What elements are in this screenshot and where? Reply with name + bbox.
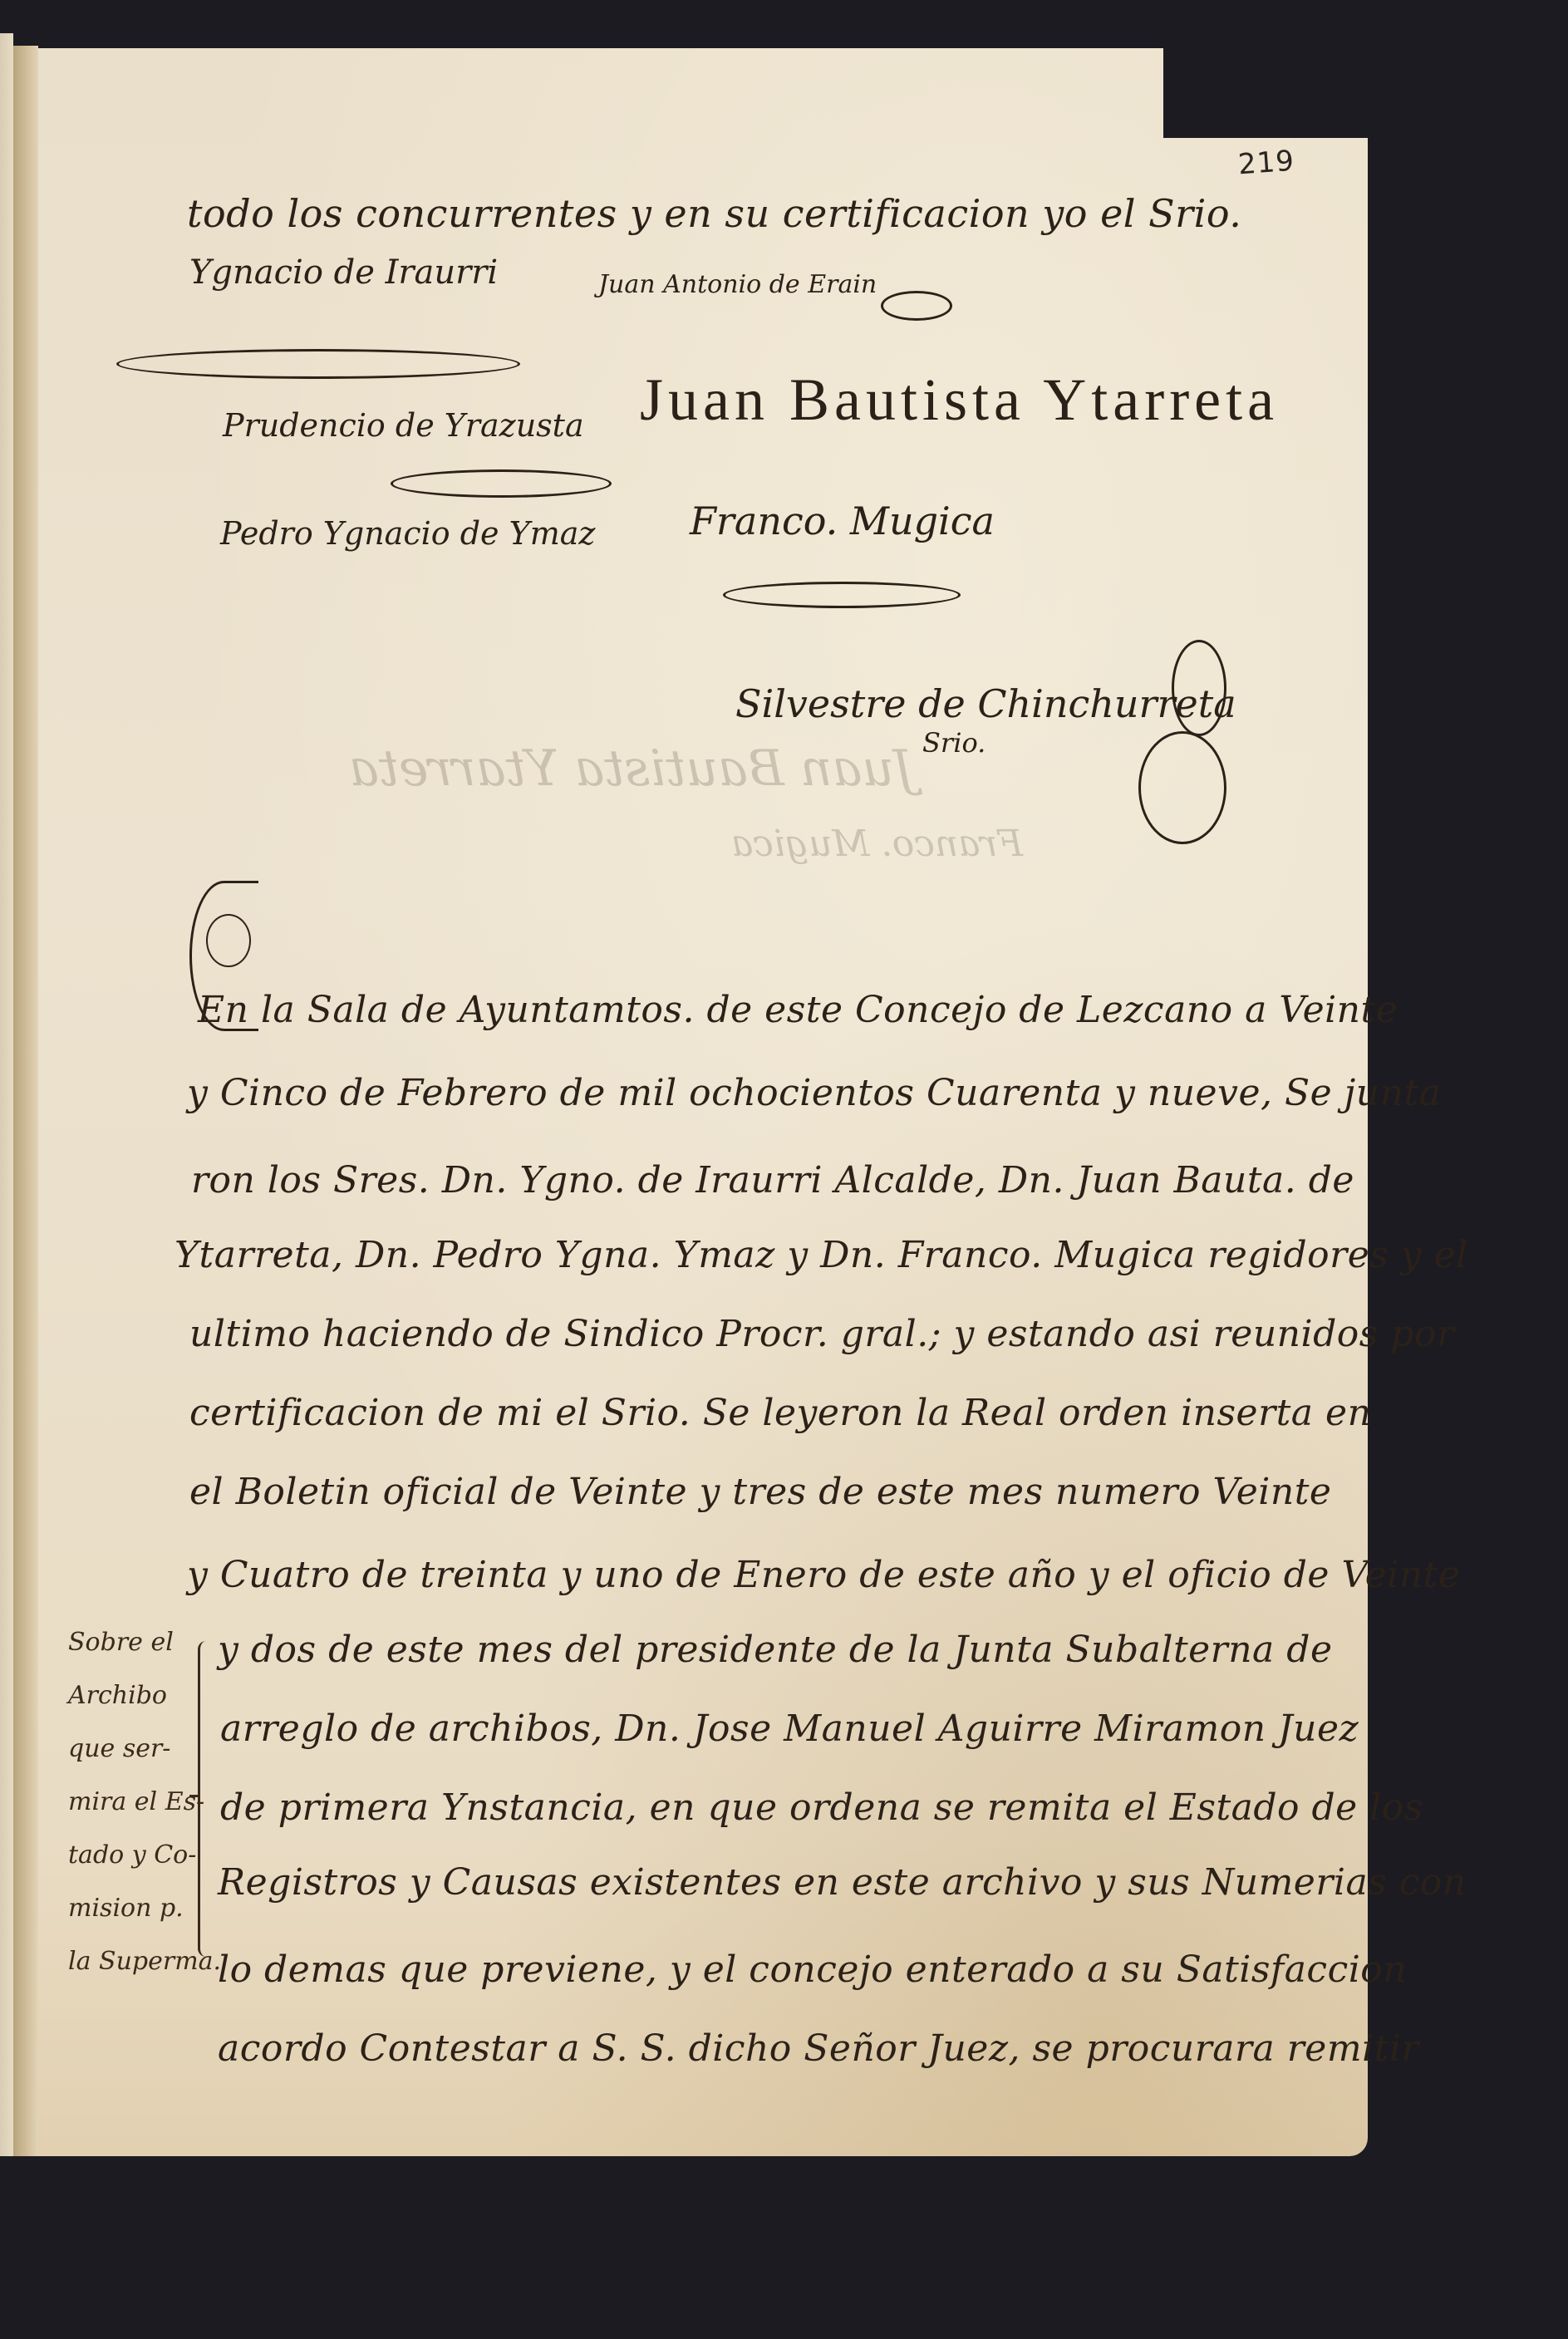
margin-note-line: la Superma.	[68, 1935, 193, 1988]
opening-line: todo los concurrentes y en su certificac…	[187, 191, 1241, 236]
body-line: ron los Sres. Dn. Ygno. de Iraurri Alcal…	[191, 1159, 1354, 1201]
signature-yrazusta: Prudencio de Yrazusta	[223, 407, 584, 444]
bleed-through-text: Franco. Mugica	[731, 823, 1023, 865]
margin-note-line: Sobre el	[68, 1616, 193, 1669]
margin-note-line: Archibo	[68, 1669, 193, 1722]
secretary-title: Srio.	[922, 727, 986, 759]
margin-note: Sobre el Archibo que ser- mira el Es- ta…	[68, 1616, 193, 1988]
signature-flourish	[723, 582, 961, 608]
bleed-through-text: Juan Bautista Ytarreta	[349, 740, 914, 798]
body-line: de primera Ynstancia, en que ordena se r…	[220, 1786, 1423, 1829]
body-line: y dos de este mes del presidente de la J…	[218, 1629, 1332, 1671]
signature-ytarreta: Juan Bautista Ytarreta	[640, 366, 1279, 435]
signature-ymaz: Pedro Ygnacio de Ymaz	[220, 515, 595, 552]
body-line: arreglo de archibos, Dn. Jose Manuel Agu…	[220, 1708, 1359, 1750]
secretary-rubric	[1172, 640, 1226, 736]
margin-note-line: mision p.	[68, 1882, 193, 1935]
margin-brace	[198, 1641, 212, 1957]
signature-mugica: Franco. Mugica	[690, 499, 995, 543]
secretary-rubric	[1138, 731, 1226, 844]
signature-flourish	[391, 469, 612, 498]
margin-brace-tip	[189, 1795, 199, 1797]
body-line: el Boletin oficial de Veinte y tres de e…	[189, 1471, 1331, 1513]
body-line: Ytarreta, Dn. Pedro Ygna. Ymaz y Dn. Fra…	[174, 1234, 1468, 1276]
margin-note-line: que ser-	[68, 1722, 193, 1776]
signature-flourish	[116, 349, 520, 379]
signature-iraurri: Ygnacio de Iraurri	[189, 253, 498, 292]
body-line: lo demas que previene, y el concejo ente…	[218, 1948, 1407, 1991]
body-line: En la Sala de Ayuntamtos. de este Concej…	[198, 989, 1398, 1031]
binding-gutter	[13, 46, 38, 2156]
signature-flourish	[881, 291, 952, 321]
body-line: y Cuatro de treinta y uno de Enero de es…	[187, 1554, 1460, 1596]
body-line: certificacion de mi el Srio. Se leyeron …	[189, 1392, 1371, 1434]
margin-note-line: mira el Es-	[68, 1776, 193, 1829]
facing-page-edge	[0, 33, 13, 2156]
margin-note-line: tado y Co-	[68, 1829, 193, 1882]
body-line: acordo Contestar a S. S. dicho Señor Jue…	[218, 2027, 1419, 2070]
body-line: ultimo haciendo de Sindico Procr. gral.;…	[189, 1313, 1454, 1355]
decorated-initial-loop	[206, 914, 251, 967]
body-line: Registros y Causas existentes en este ar…	[218, 1861, 1467, 1904]
signature-erain: Juan Antonio de Erain	[598, 270, 877, 299]
secretary-signature: Silvestre de Chinchurreta	[735, 681, 1236, 726]
folio-number: 219	[1237, 145, 1296, 182]
body-line: y Cinco de Febrero de mil ochocientos Cu…	[187, 1072, 1441, 1114]
page-top-corner	[1163, 48, 1368, 138]
